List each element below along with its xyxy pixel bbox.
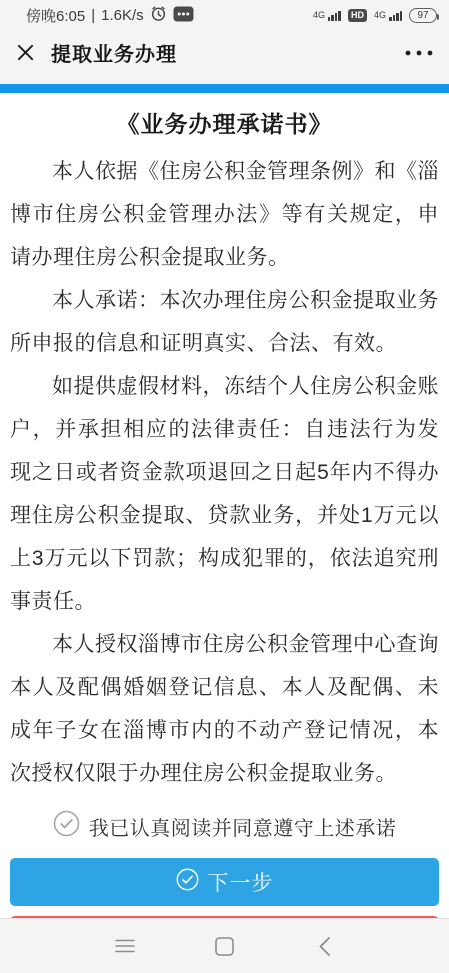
more-menu-icon[interactable]	[405, 50, 433, 56]
status-left: 傍晚6:05 | 1.6K/s	[26, 5, 194, 26]
next-step-label: 下一步	[208, 867, 274, 897]
document-paragraph: 本人承诺：本次办理住房公积金提取业务所申报的信息和证明真实、合法、有效。	[10, 279, 439, 365]
system-navigation-bar	[0, 918, 449, 973]
back-chevron-icon[interactable]	[310, 936, 340, 957]
phone-screen: 傍晚6:05 | 1.6K/s 4G HD 4G 97	[0, 0, 449, 973]
home-square-icon[interactable]	[210, 936, 240, 957]
volte-hd-icon: HD	[348, 9, 367, 22]
status-right: 4G HD 4G 97	[313, 8, 437, 23]
alarm-clock-icon	[150, 5, 167, 26]
document-title: 《业务办理承诺书》	[0, 106, 449, 139]
page-title: 提取业务办理	[51, 38, 177, 67]
navbar: 提取业务办理	[0, 29, 449, 76]
document-paragraph: 本人授权淄博市住房公积金管理中心查询本人及配偶婚姻登记信息、本人及配偶、未成年子…	[10, 623, 439, 795]
sms-notification-icon	[173, 6, 194, 26]
status-divider: |	[91, 7, 95, 24]
document-body: 本人依据《住房公积金管理条例》和《淄博市住房公积金管理办法》等有关规定，申请办理…	[0, 150, 449, 795]
document-paragraph: 如提供虚假材料，冻结个人住房公积金账户，并承担相应的法律责任：自违法行为发现之日…	[10, 365, 439, 623]
battery-indicator: 97	[409, 8, 437, 23]
network-speed: 1.6K/s	[101, 7, 144, 24]
circle-check-icon	[176, 868, 199, 897]
signal-strength-icon-sim2: 4G	[374, 11, 402, 21]
agree-checkbox-row[interactable]: 我已认真阅读并同意遵守上述承诺	[0, 810, 449, 842]
circle-check-icon[interactable]	[53, 810, 80, 842]
page-loading-progress-bar	[0, 84, 449, 93]
navbar-gap	[0, 76, 449, 84]
next-step-button[interactable]: 下一步	[10, 858, 439, 906]
status-bar: 傍晚6:05 | 1.6K/s 4G HD 4G 97	[0, 0, 449, 29]
close-icon[interactable]	[16, 43, 35, 62]
document-paragraph: 本人依据《住房公积金管理条例》和《淄博市住房公积金管理办法》等有关规定，申请办理…	[10, 150, 439, 279]
signal-strength-icon-sim1: 4G	[313, 11, 341, 21]
agree-checkbox-label: 我已认真阅读并同意遵守上述承诺	[89, 812, 397, 841]
document-area: 《业务办理承诺书》 本人依据《住房公积金管理条例》和《淄博市住房公积金管理办法》…	[0, 93, 449, 918]
status-time: 傍晚6:05	[26, 5, 85, 26]
network-type-label-sim1: 4G	[313, 11, 325, 20]
recent-apps-menu-icon[interactable]	[110, 937, 140, 955]
network-type-label-sim2: 4G	[374, 11, 386, 20]
